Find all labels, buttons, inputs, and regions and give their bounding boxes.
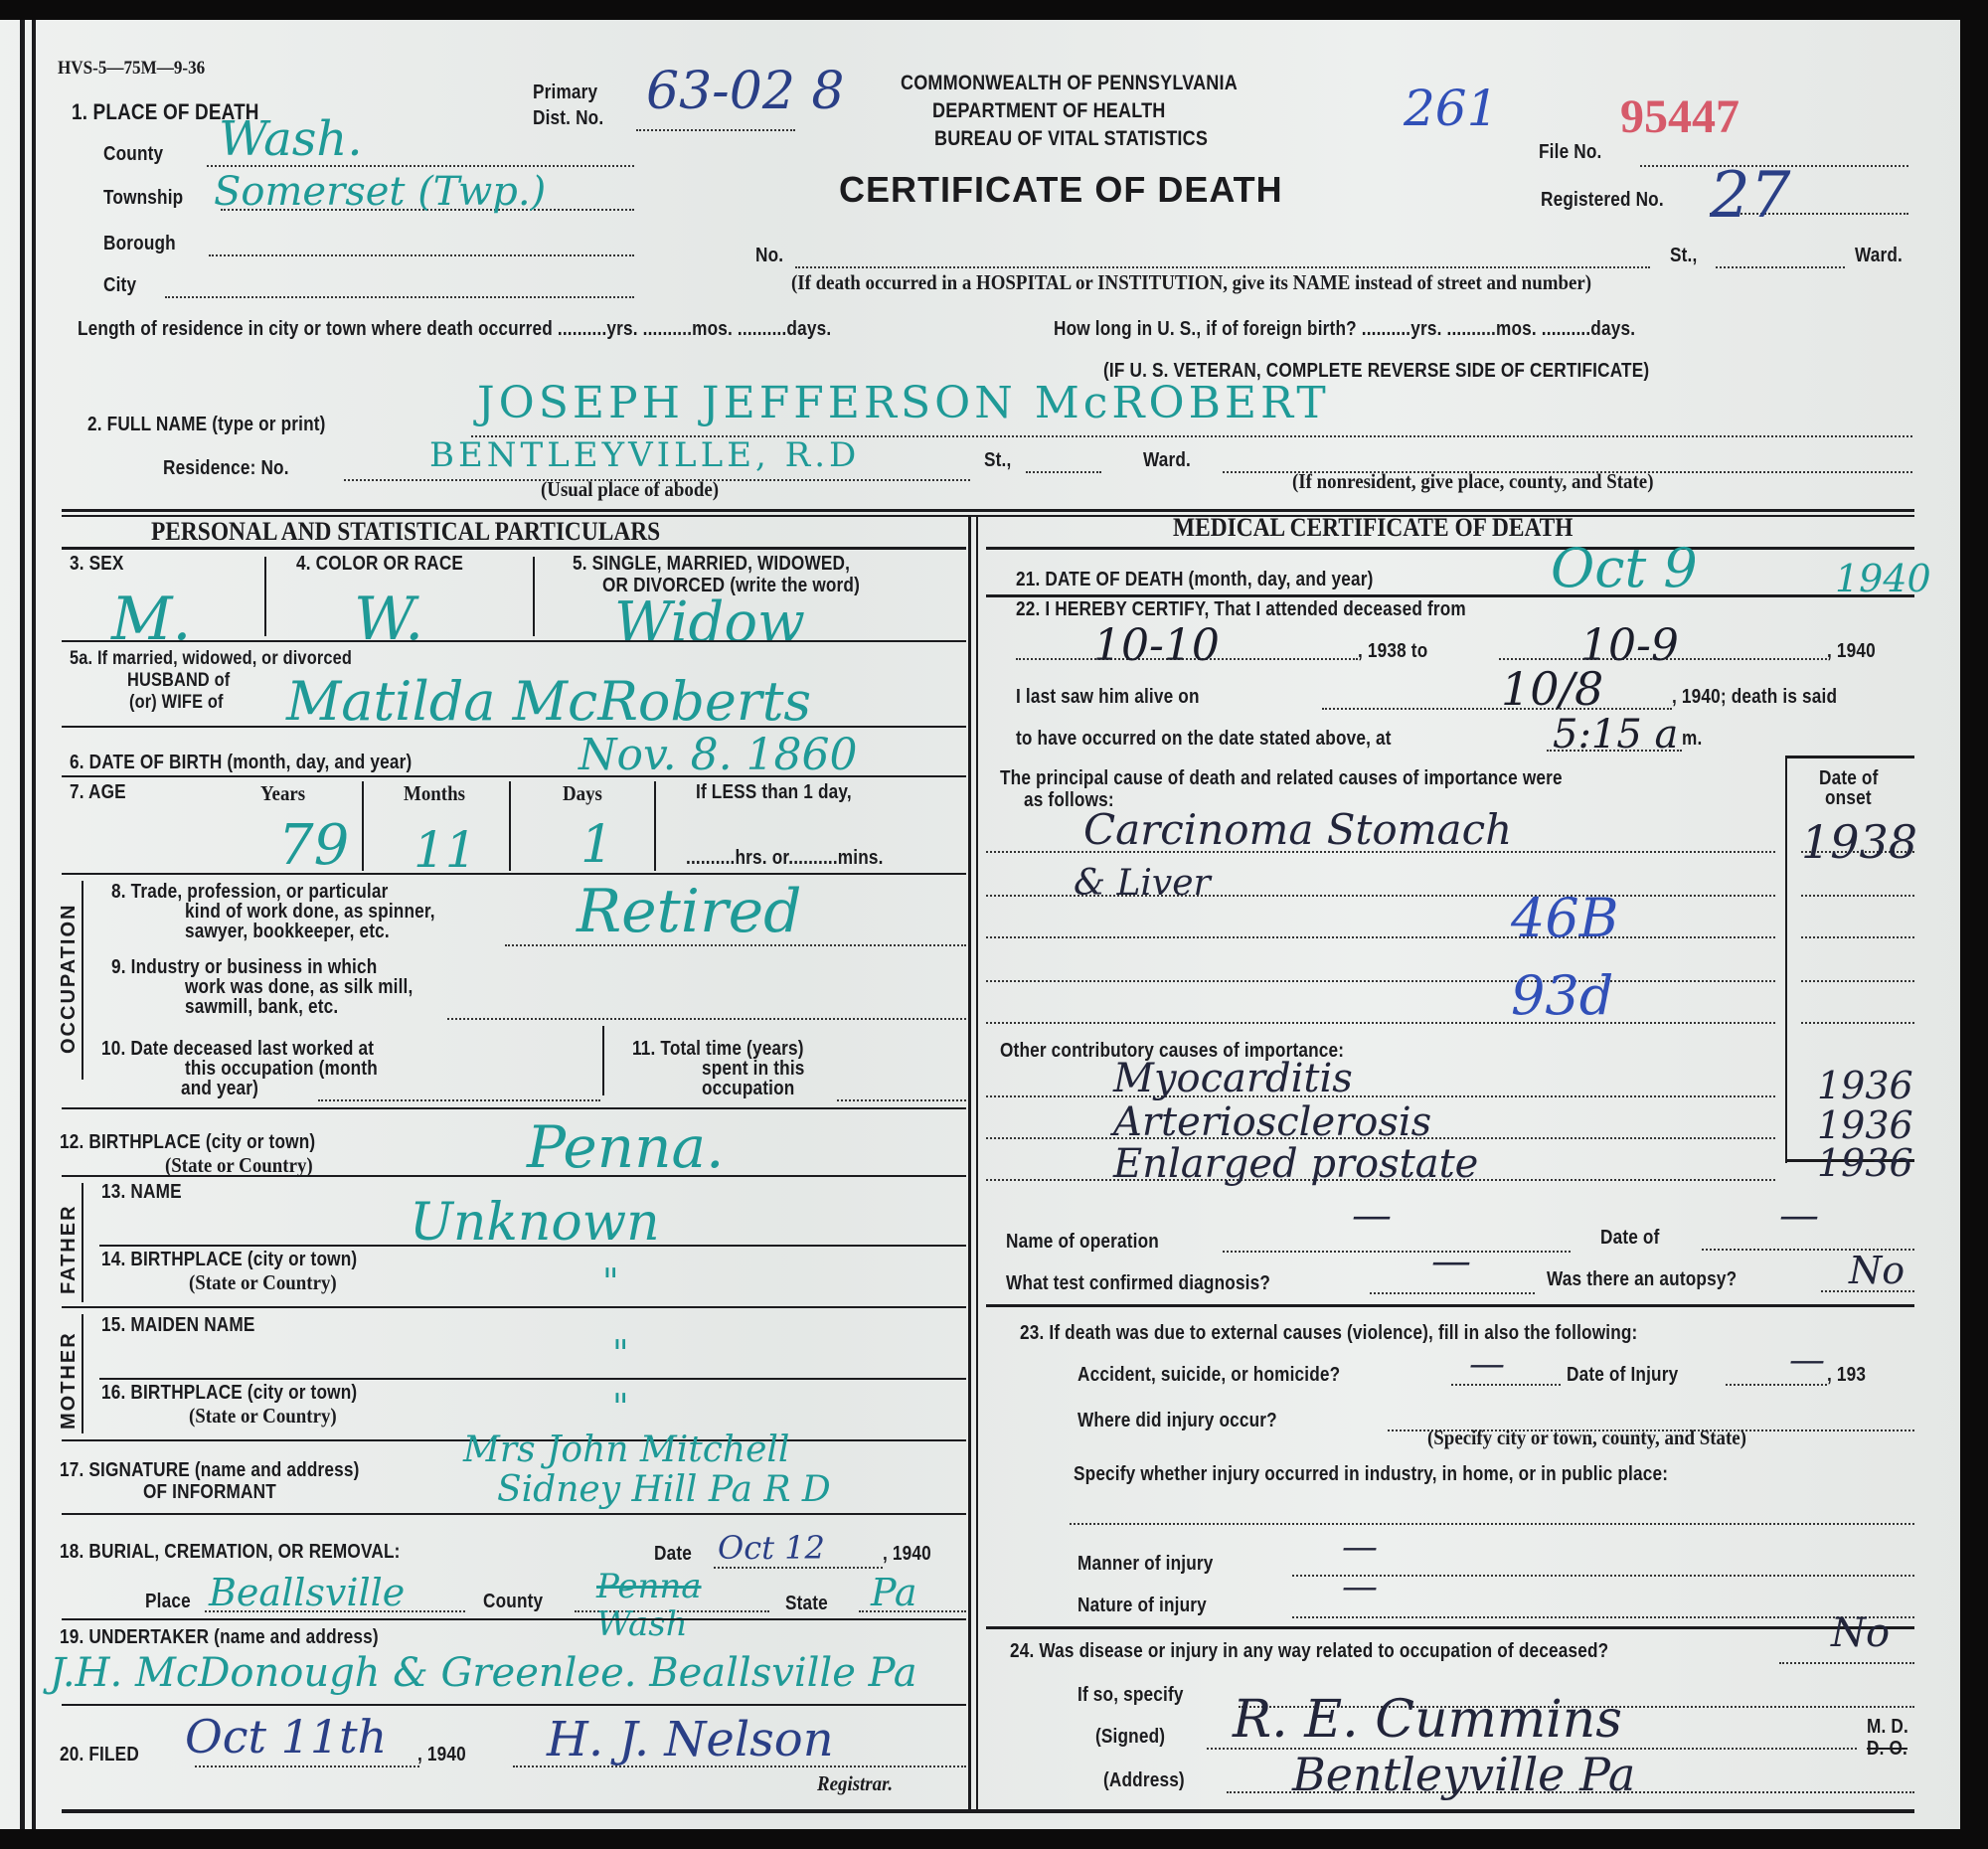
- abode-note: (Usual place of abode): [541, 477, 719, 502]
- accident-label: Accident, suicide, or homicide?: [1077, 1364, 1340, 1387]
- operation-label: Name of operation: [1006, 1231, 1159, 1254]
- cause-line-4: [986, 980, 1775, 982]
- burial-year: , 1940: [883, 1543, 931, 1566]
- borough-line: [209, 254, 634, 256]
- sex-label: 3. SEX: [70, 553, 124, 576]
- sex-divider: [264, 557, 266, 636]
- less-than-day-label: If LESS than 1 day,: [696, 781, 852, 804]
- column-divider-2: [976, 517, 978, 1809]
- death-certificate: HVS-5—75M—9-36 1. PLACE OF DEATH County …: [0, 20, 1960, 1829]
- contrib-2-text: Arteriosclerosis: [1113, 1099, 1431, 1145]
- test-line: [1370, 1292, 1535, 1294]
- industry-label-3: sawmill, bank, etc.: [185, 996, 338, 1019]
- external-label: 23. If death was due to external causes …: [1020, 1322, 1637, 1345]
- race-label: 4. COLOR OR RACE: [296, 553, 463, 576]
- last-saw-value: 10/8: [1501, 662, 1603, 716]
- occupation-related-label: 24. Was disease or injury in any way rel…: [1010, 1640, 1608, 1663]
- onset-divider: [1785, 756, 1787, 1163]
- residence-label: Residence: No.: [163, 457, 289, 480]
- full-name-label: 2. FULL NAME (type or print): [87, 414, 326, 436]
- filed-value: Oct 11th: [185, 1710, 387, 1764]
- form-code: HVS-5—75M—9-36: [58, 58, 205, 80]
- cause-label-1: The principal cause of death and related…: [1000, 767, 1563, 790]
- section-divider-top: [62, 509, 1914, 512]
- dod-label: 21. DATE OF DEATH (month, day, and year): [1016, 569, 1374, 591]
- cause-line-5: [986, 1022, 1775, 1024]
- race-value: W.: [354, 585, 423, 654]
- last-saw-year: , 1940; death is said: [1672, 686, 1837, 709]
- burial-date-line: [714, 1567, 883, 1569]
- lastworked-line: [318, 1099, 600, 1101]
- burial-place-label: Place: [145, 1591, 191, 1613]
- do-label: D. O.: [1867, 1738, 1907, 1761]
- attended-from-value: 10-10: [1093, 620, 1220, 671]
- occupation-side-label: OCCUPATION: [58, 904, 81, 1054]
- race-divider: [533, 557, 535, 636]
- manner-value: —: [1342, 1527, 1378, 1568]
- border-left-inner: [32, 20, 36, 1829]
- father-side-label: FATHER: [58, 1204, 81, 1294]
- birthplace-label-1: 12. BIRTHPLACE (city or town): [60, 1131, 315, 1154]
- mother-bp-label-1: 16. BIRTHPLACE (city or town): [101, 1382, 357, 1405]
- father-bp-label-1: 14. BIRTHPLACE (city or town): [101, 1249, 357, 1271]
- injury-date-label: Date of Injury: [1567, 1364, 1678, 1387]
- primary-label: Primary: [533, 82, 597, 104]
- age-years-value: 79: [278, 813, 349, 878]
- occupation-bracket: [82, 881, 83, 1080]
- dod-rule: [986, 594, 1914, 597]
- cause-1-onset: 1938: [1801, 815, 1917, 869]
- totaltime-line: [837, 1099, 966, 1101]
- physician-signature: R. E. Cummins: [1233, 1690, 1622, 1750]
- row-rule-11: [62, 1513, 966, 1515]
- informant-value-2: Sidney Hill Pa R D: [497, 1469, 831, 1510]
- occupation-related-value: No: [1831, 1610, 1890, 1656]
- agency-line-3: BUREAU OF VITAL STATISTICS: [934, 127, 1208, 151]
- informant-label-2: OF INFORMANT: [143, 1481, 276, 1504]
- contrib-1-onset: 1936: [1817, 1064, 1913, 1107]
- days-label: Days: [563, 781, 602, 806]
- agency-line-1: COMMONWEALTH OF PENNSYLVANIA: [901, 72, 1238, 95]
- trade-value: Retired: [577, 877, 802, 946]
- row-rule-6: [62, 1175, 966, 1177]
- residence-st-label: St.,: [984, 449, 1011, 472]
- occupation-related-line: [1779, 1662, 1914, 1664]
- onset-label-2: onset: [1825, 787, 1872, 810]
- burial-date-label: Date: [654, 1543, 692, 1566]
- onset-line-2: [1801, 895, 1914, 897]
- spouse-label-2: HUSBAND of: [127, 670, 230, 692]
- dist-no-label: Dist. No.: [533, 107, 603, 130]
- residence-value: BENTLEYVILLE, R.D: [429, 435, 860, 475]
- injury-year: , 193: [1827, 1364, 1866, 1387]
- nature-value: —: [1342, 1567, 1378, 1607]
- nonresident-note: (If nonresident, give place, county, and…: [1292, 469, 1653, 494]
- mother-bp-value: ": [612, 1388, 629, 1429]
- residence-st-line: [1026, 471, 1101, 473]
- personal-heading: PERSONAL AND STATISTICAL PARTICULARS: [151, 517, 660, 547]
- contrib-3-onset: 1936: [1817, 1141, 1913, 1185]
- row-rule-4: [62, 873, 966, 875]
- agency-line-2: DEPARTMENT OF HEALTH: [932, 99, 1166, 123]
- days-divider: [654, 781, 656, 871]
- accident-value: —: [1469, 1344, 1505, 1385]
- registered-no-value: 27: [1710, 159, 1790, 233]
- st-label: St.,: [1670, 245, 1697, 267]
- burial-state-label: State: [785, 1593, 828, 1615]
- last-saw-line: [1322, 708, 1672, 710]
- cause-2-text: & Liver: [1074, 863, 1211, 904]
- age-days-value: 1: [580, 815, 613, 875]
- medical-heading-rule: [986, 547, 1914, 550]
- if-so-label: If so, specify: [1077, 1684, 1184, 1707]
- full-name-value: JOSEPH JEFFERSON McROBERT: [477, 378, 1330, 428]
- certify-label: 22. I HEREBY CERTIFY, That I attended de…: [1016, 598, 1466, 621]
- accident-line: [1451, 1384, 1561, 1386]
- where-note: (Specify city or town, county, and State…: [1427, 1426, 1746, 1450]
- operation-line: [1223, 1251, 1571, 1253]
- burial-place-value: Beallsville: [209, 1571, 405, 1614]
- totaltime-label-3: occupation: [702, 1078, 794, 1100]
- where-label: Where did injury occur?: [1077, 1410, 1277, 1432]
- row-rule-3: [62, 775, 966, 777]
- worked-divider: [602, 1026, 604, 1095]
- autopsy-value: No: [1849, 1249, 1905, 1292]
- signed-label: (Signed): [1095, 1726, 1165, 1749]
- certificate-title: CERTIFICATE OF DEATH: [839, 169, 1283, 211]
- onset-line-5: [1801, 1022, 1914, 1024]
- operation-value: —: [1352, 1193, 1392, 1239]
- mother-bracket: [82, 1314, 83, 1433]
- mother-name-value: ": [612, 1334, 629, 1375]
- margin-number: 261: [1404, 80, 1498, 137]
- dob-label: 6. DATE OF BIRTH (month, day, and year): [70, 752, 412, 774]
- street-line: [795, 266, 1650, 268]
- mother-bp-label-2: (State or Country): [189, 1404, 337, 1429]
- informant-value-1: Mrs John Mitchell: [463, 1429, 789, 1470]
- onset-line-3: [1801, 936, 1914, 938]
- mother-side-label: MOTHER: [58, 1331, 81, 1429]
- dist-no-line: [636, 129, 795, 131]
- bottom-rule: [62, 1809, 1914, 1813]
- father-name-label: 13. NAME: [101, 1181, 182, 1204]
- industry-line: [447, 1018, 966, 1020]
- last-saw-label: I last saw him alive on: [1016, 686, 1200, 709]
- test-value: —: [1431, 1239, 1471, 1284]
- nature-rule: [986, 1626, 1914, 1629]
- nature-label: Nature of injury: [1077, 1595, 1207, 1617]
- county-label: County: [103, 143, 163, 166]
- registrar-signature: H. J. Nelson: [547, 1712, 834, 1767]
- filed-label: 20. FILED: [60, 1744, 139, 1766]
- burial-date-value: Oct 12: [718, 1529, 825, 1567]
- burial-county-label: County: [483, 1591, 543, 1613]
- father-name-value: Unknown: [410, 1193, 660, 1253]
- manner-line: [1292, 1575, 1914, 1577]
- row-rule-2: [62, 726, 966, 728]
- autopsy-label: Was there an autopsy?: [1547, 1268, 1737, 1291]
- dod-value: Oct 9: [1551, 537, 1698, 599]
- informant-label-1: 17. SIGNATURE (name and address): [60, 1459, 359, 1482]
- father-bp-label-2: (State or Country): [189, 1270, 337, 1295]
- row-rule-12: [62, 1618, 966, 1620]
- age-label: 7. AGE: [70, 781, 126, 804]
- medical-heading: MEDICAL CERTIFICATE OF DEATH: [1173, 513, 1573, 543]
- township-label: Township: [103, 187, 183, 210]
- occurred-label: to have occurred on the date stated abov…: [1016, 728, 1392, 751]
- dob-value: Nov. 8. 1860: [579, 730, 858, 780]
- registrar-label: Registrar.: [817, 1771, 893, 1796]
- column-divider: [968, 517, 971, 1809]
- from-year: , 1938 to: [1358, 640, 1427, 663]
- time-value: 5:15 a: [1553, 712, 1678, 757]
- residence-ward-label: Ward.: [1143, 449, 1191, 472]
- ward-line: [1716, 266, 1845, 268]
- spouse-value: Matilda McRoberts: [286, 670, 811, 733]
- lastworked-label-3: and year): [181, 1078, 258, 1100]
- sex-value: M.: [111, 585, 192, 654]
- dist-no-value: 63-02 8: [646, 62, 845, 121]
- marital-label-1: 5. SINGLE, MARRIED, WIDOWED,: [573, 553, 850, 576]
- manner-label: Manner of injury: [1077, 1553, 1214, 1576]
- hrs-mins-label: ..........hrs. or..........mins.: [686, 847, 884, 870]
- address-label: (Address): [1103, 1769, 1185, 1792]
- injury-date-line: [1726, 1384, 1827, 1386]
- months-divider: [509, 781, 511, 871]
- autopsy-rule: [986, 1304, 1914, 1307]
- spouse-label-3: (or) WIFE of: [129, 692, 224, 714]
- nature-line: [1292, 1616, 1914, 1618]
- residence-length: Length of residence in city or town wher…: [78, 318, 831, 341]
- mother-name-label: 15. MAIDEN NAME: [101, 1314, 255, 1337]
- contrib-line-1: [986, 1095, 1775, 1097]
- burial-county-value: Wash: [596, 1604, 688, 1644]
- birthplace-value: Penna.: [527, 1113, 724, 1181]
- city-label: City: [103, 274, 136, 297]
- file-no-label: File No.: [1539, 141, 1601, 164]
- ward-label: Ward.: [1855, 245, 1903, 267]
- contrib-1-text: Myocarditis: [1113, 1056, 1353, 1101]
- personal-heading-rule: [62, 547, 966, 550]
- date-of-label: Date of: [1600, 1227, 1660, 1250]
- row-rule-1: [62, 640, 966, 642]
- onset-line-4: [1801, 980, 1914, 982]
- to-year: , 1940: [1827, 640, 1876, 663]
- physician-address: Bentleyville Pa: [1292, 1748, 1635, 1801]
- undertaker-value: J.H. McDonough & Greenlee. Beallsville P…: [50, 1650, 917, 1696]
- hospital-note: (If death occurred in a HOSPITAL or INST…: [791, 270, 1591, 295]
- date-of-value: —: [1779, 1193, 1819, 1239]
- undertaker-label: 19. UNDERTAKER (name and address): [60, 1626, 379, 1649]
- years-label: Years: [260, 781, 305, 806]
- specify-line: [1070, 1523, 1914, 1525]
- burial-label: 18. BURIAL, CREMATION, OR REMOVAL:: [60, 1541, 401, 1564]
- filed-year: , 1940: [417, 1744, 466, 1766]
- street-no-label: No.: [755, 245, 783, 267]
- cause-3-code: 46B: [1511, 887, 1618, 949]
- registered-no-label: Registered No.: [1541, 189, 1664, 212]
- county-value: Wash.: [219, 111, 363, 167]
- years-divider: [362, 781, 364, 871]
- spouse-label-1: 5a. If married, widowed, or divorced: [70, 648, 352, 670]
- township-value: Somerset (Twp.): [214, 169, 546, 215]
- row-rule-13: [62, 1704, 966, 1706]
- father-bp-value: ": [602, 1262, 619, 1303]
- cause-line-3: [986, 936, 1775, 938]
- row-rule-7: [99, 1245, 966, 1247]
- burial-state-value: Pa: [871, 1571, 917, 1614]
- border-left-outer: [20, 20, 25, 1829]
- test-label: What test confirmed diagnosis?: [1006, 1272, 1270, 1295]
- trade-label-3: sawyer, bookkeeper, etc.: [185, 921, 390, 943]
- file-no-stamp: 95447: [1620, 89, 1739, 144]
- contrib-3-text: Enlarged prostate: [1113, 1141, 1478, 1187]
- marital-value: Widow: [614, 590, 805, 655]
- row-rule-8: [62, 1306, 966, 1308]
- foreign-birth: How long in U. S., if of foreign birth? …: [1054, 318, 1635, 341]
- cause-1-text: Carcinoma Stomach: [1083, 805, 1512, 854]
- md-label: M. D.: [1867, 1716, 1908, 1739]
- months-label: Months: [404, 781, 465, 806]
- row-rule-9: [99, 1378, 966, 1380]
- filed-line: [195, 1765, 419, 1767]
- age-months-value: 11: [414, 821, 477, 879]
- row-rule-5: [62, 1107, 966, 1109]
- injury-date-value: —: [1789, 1340, 1825, 1381]
- borough-label: Borough: [103, 233, 176, 255]
- onset-top-rule: [1785, 756, 1914, 758]
- time-suffix: m.: [1682, 728, 1702, 751]
- city-line: [165, 296, 634, 298]
- burial-county-struck: Penna: [596, 1567, 702, 1606]
- specify-label: Specify whether injury occurred in indus…: [1074, 1463, 1668, 1486]
- father-bracket: [82, 1183, 83, 1302]
- cause-4-code: 93d: [1511, 964, 1613, 1027]
